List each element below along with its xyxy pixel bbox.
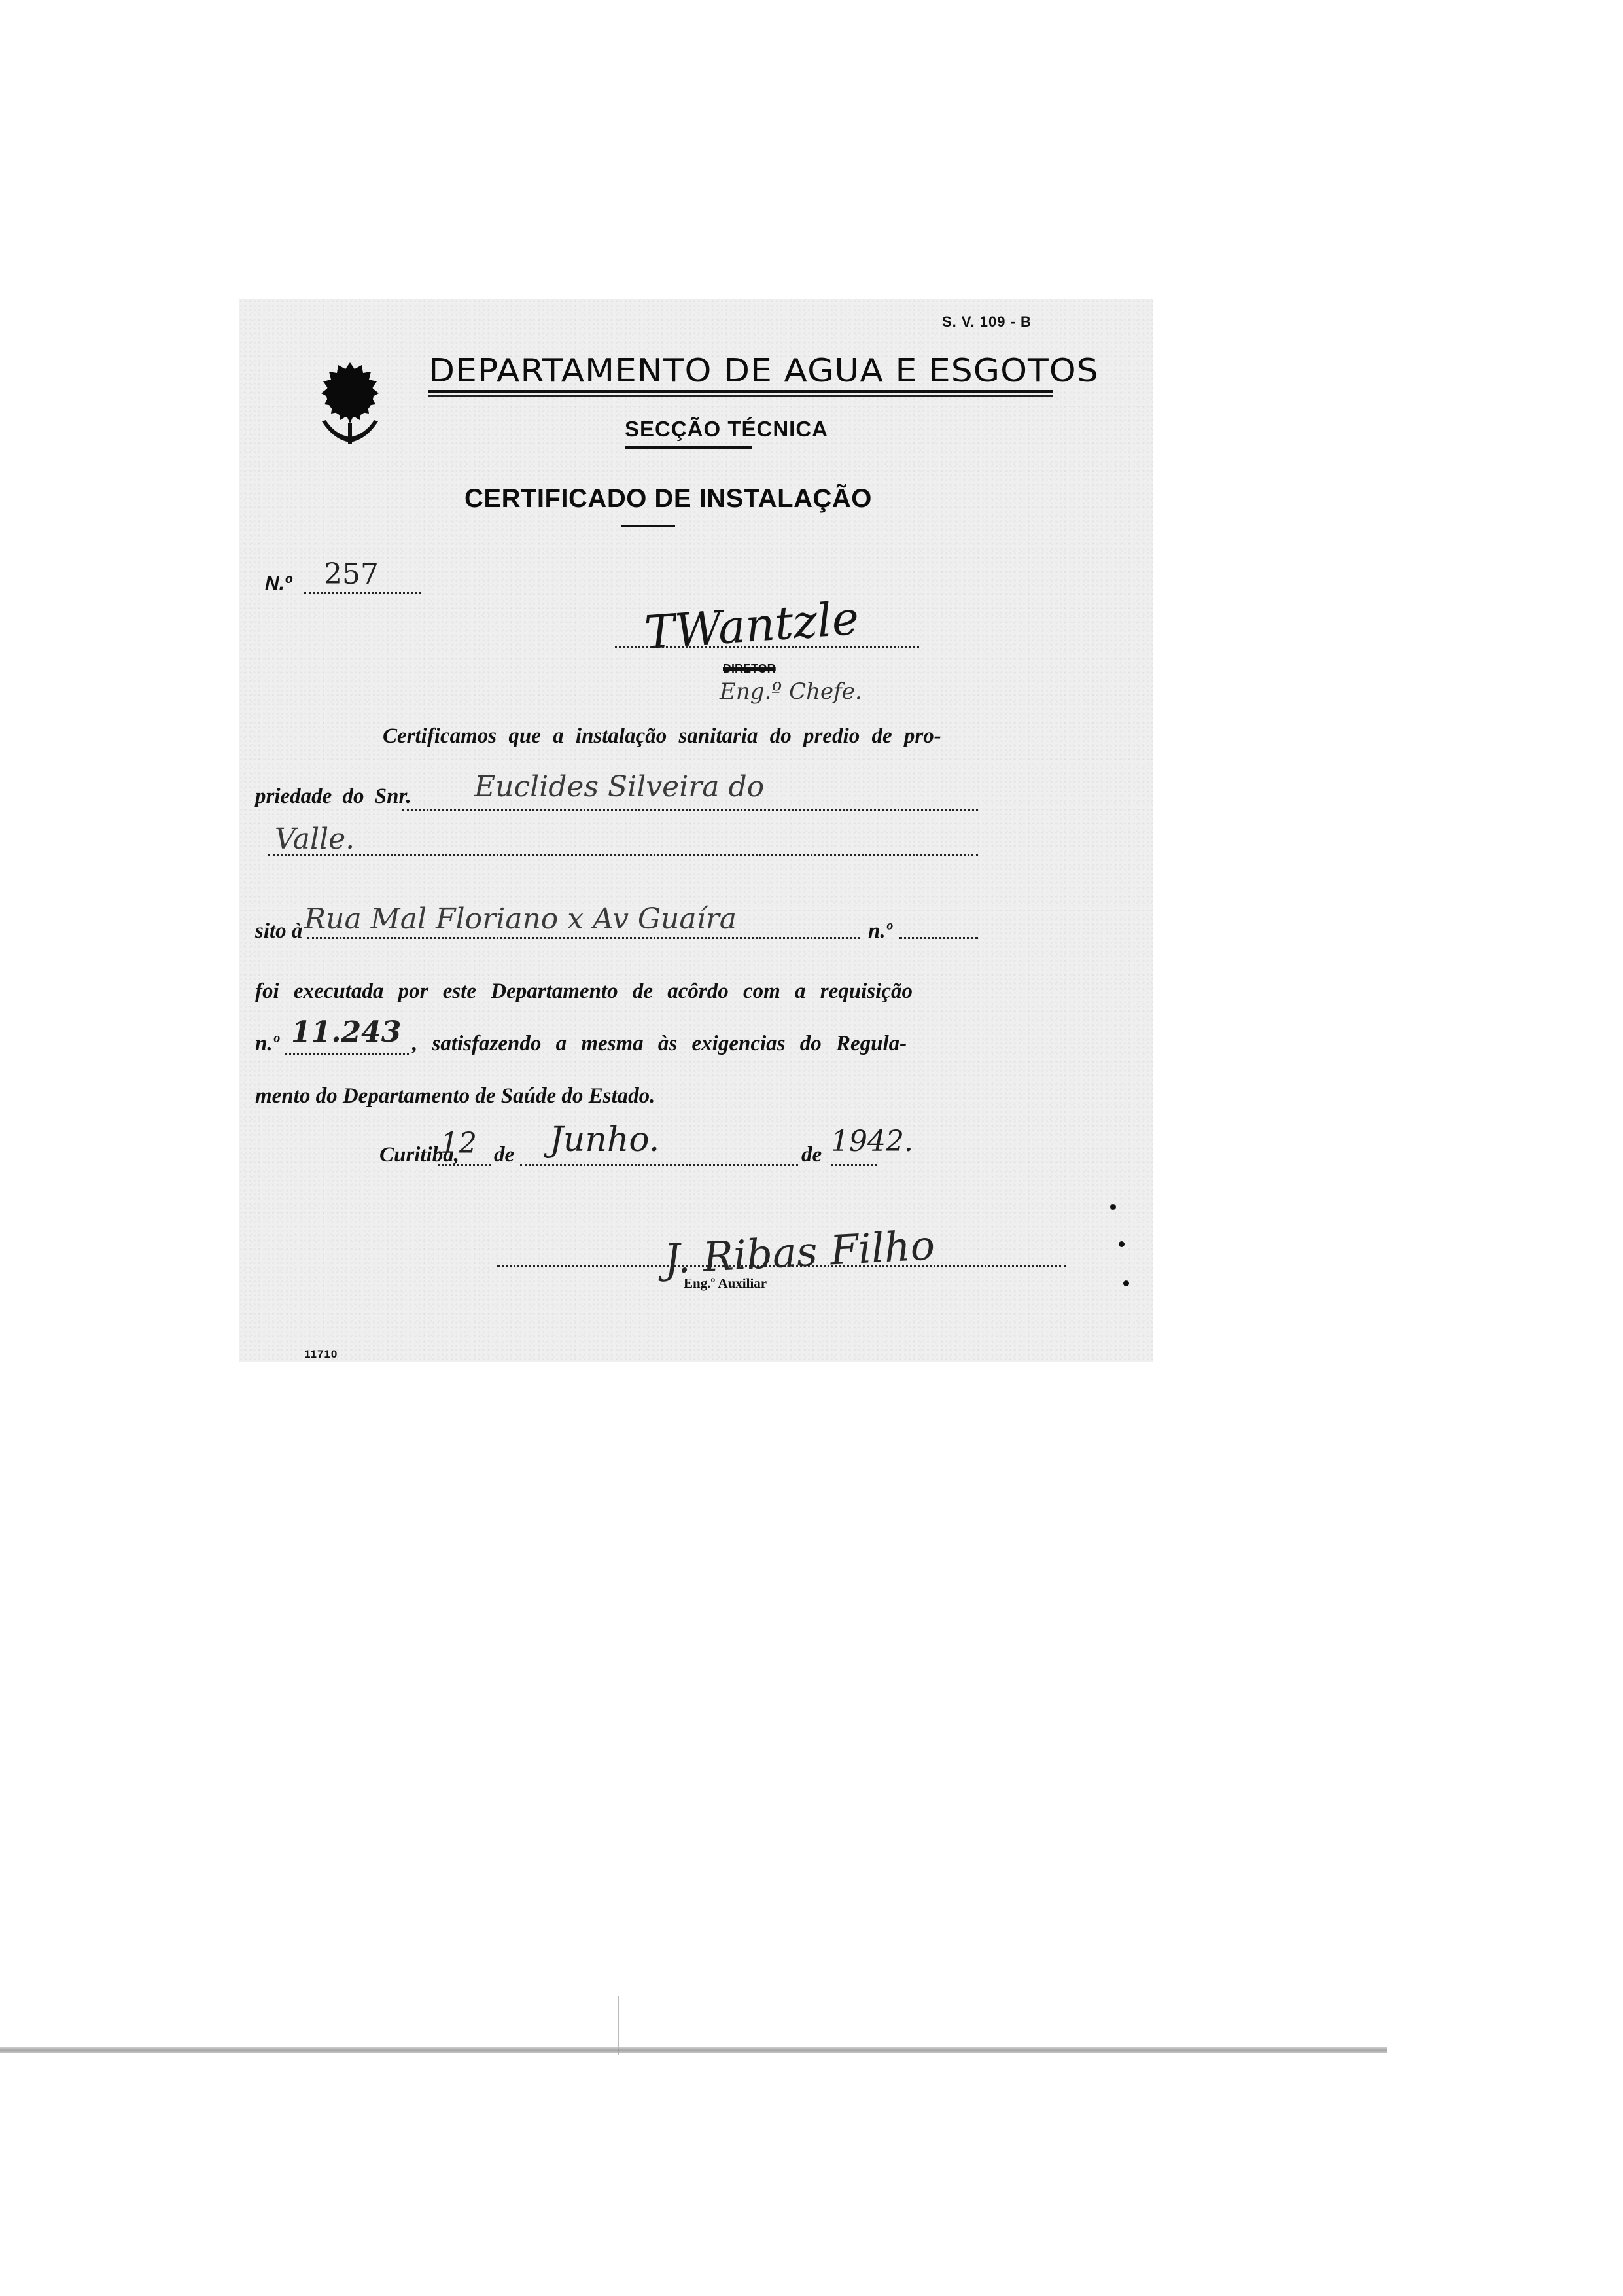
ink-speck: [1119, 1241, 1125, 1247]
section-title: SECÇÃO TÉCNICA: [625, 417, 828, 442]
printer-code: 11710: [304, 1348, 338, 1361]
director-signature: TWantzle: [643, 592, 861, 660]
requisition-dotted-line: [285, 1053, 409, 1055]
address-dotted-line: [307, 937, 860, 939]
director-signature-line: [615, 646, 919, 648]
date-day: 12: [440, 1127, 477, 1160]
requisition-number: 11.243: [291, 1016, 401, 1049]
ink-speck: [1123, 1280, 1129, 1286]
body-line-1: Certificamos que a instalação sanitaria …: [383, 724, 941, 749]
director-title-struck: DIRETOR: [723, 662, 776, 676]
chief-engineer-title: Eng.º Chefe.: [720, 679, 862, 705]
scan-artifact-line: [0, 2047, 1387, 2053]
auxiliary-engineer-signature: J. Ribas Filho: [663, 1221, 935, 1283]
owner-name: Euclides Silveira do: [474, 770, 764, 804]
department-title: DEPARTAMENTO DE AGUA E ESGOTOS: [428, 353, 1099, 390]
address-number-dotted-line: [899, 937, 978, 939]
owner-name-continued: Valle.: [275, 822, 355, 856]
auxiliary-engineer-title: Eng.º Auxiliar: [684, 1275, 767, 1292]
certificate-number: 257: [324, 557, 379, 591]
form-code: S. V. 109 - B: [942, 313, 1032, 330]
scan-artifact-tick: [618, 1996, 619, 2055]
body-line-5: , satisfazendo a mesma às exigencias do …: [412, 1032, 907, 1056]
body-line-3-prefix: sito à: [255, 919, 302, 944]
auxiliary-signature-line: [497, 1265, 1066, 1267]
year-dotted-line: [831, 1164, 877, 1166]
body-line-2-prefix: priedade do Snr.: [255, 785, 411, 809]
property-address: Rua Mal Floriano x Av Guaíra: [304, 902, 737, 936]
title-rule: [621, 525, 675, 527]
date-de-1: de: [494, 1143, 514, 1167]
brazil-coat-of-arms-icon: [314, 361, 386, 446]
body-line-6: mento do Departamento de Saúde do Estado…: [255, 1084, 655, 1108]
day-dotted-line: [438, 1164, 491, 1166]
date-year: 1942.: [831, 1125, 913, 1158]
address-number-label: n.º: [868, 919, 892, 944]
owner-dotted-line: [402, 809, 978, 811]
ink-speck: [1110, 1204, 1116, 1210]
section-underline: [625, 446, 752, 449]
date-month: Junho.: [550, 1120, 659, 1159]
date-de-2: de: [801, 1143, 822, 1167]
requisition-label: n.º: [255, 1032, 279, 1056]
month-dotted-line: [520, 1164, 798, 1166]
certificate-title: CERTIFICADO DE INSTALAÇÃO: [464, 484, 872, 514]
body-line-4: foi executada por este Departamento de a…: [255, 980, 913, 1004]
certificate-document: S. V. 109 - B DEPARTAMENTO DE AGUA E ESG…: [239, 299, 1153, 1362]
owner-dotted-line-2: [268, 854, 978, 856]
number-dotted-line: [304, 592, 421, 594]
header-double-rule: [428, 390, 1053, 398]
certificate-number-label: N.º: [265, 573, 292, 595]
